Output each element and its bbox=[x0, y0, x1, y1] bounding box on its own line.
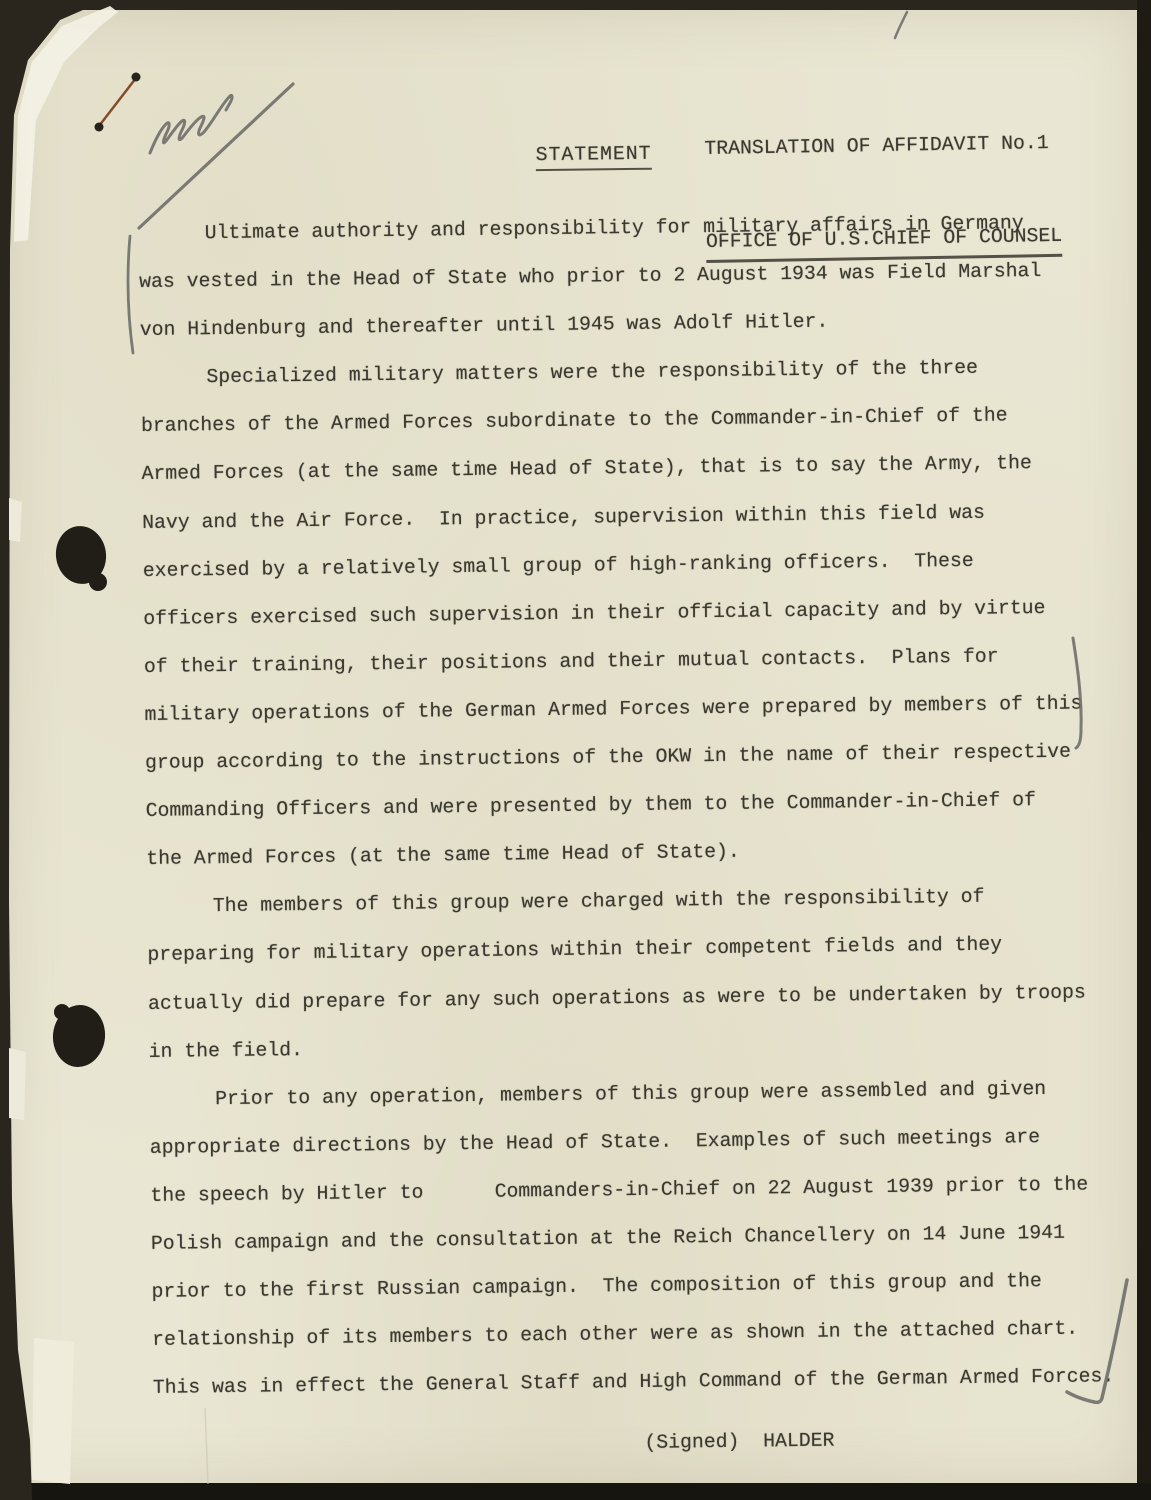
typed-text-layer: TRANSLATION OF AFFIDAVIT No.1 OFFICE OF … bbox=[0, 0, 1151, 1500]
header-line-1: TRANSLATION OF AFFIDAVIT No.1 bbox=[704, 128, 1061, 165]
paragraph: Specialized military matters were the re… bbox=[140, 342, 1131, 883]
paragraph: Ultimate authority and responsibility fo… bbox=[138, 198, 1125, 354]
handwritten-note-text: read bbox=[0, 0, 1, 1]
body-text: Ultimate authority and responsibility fo… bbox=[138, 198, 1138, 1412]
signature-line: (Signed) HALDER bbox=[644, 1430, 834, 1454]
page-title: STATEMENT bbox=[536, 143, 652, 171]
paragraph: The members of this group were charged w… bbox=[147, 871, 1134, 1075]
paragraph: Prior to any operation, members of this … bbox=[149, 1064, 1138, 1413]
